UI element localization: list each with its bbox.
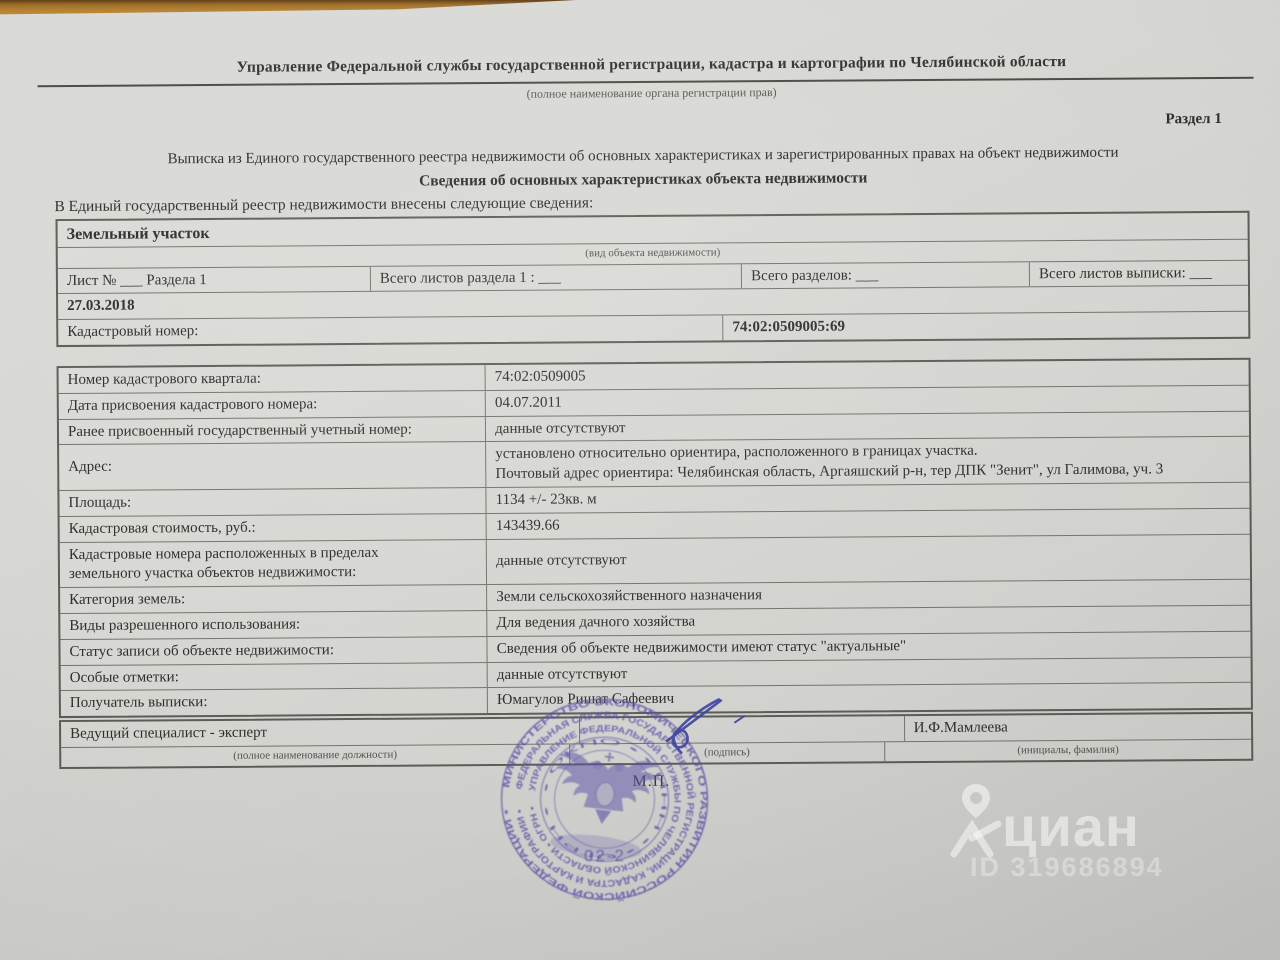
cadastral-number-label: Кадастровый номер: <box>58 316 722 345</box>
row-label: Адрес: <box>59 442 485 490</box>
sheets-in-section-cell: Всего листов раздела 1 : ___ <box>370 264 741 291</box>
row-label: Статус записи об объекте недвижимости: <box>60 637 486 665</box>
row-label: Ранее присвоенный государственный учетны… <box>59 417 485 445</box>
details-table: Номер кадастрового квартала: 74:02:05090… <box>57 358 1253 718</box>
row-label: Номер кадастрового квартала: <box>59 365 485 393</box>
row-label: Получатель выписки: <box>61 688 487 716</box>
total-sections-cell: Всего разделов: ___ <box>741 262 1029 289</box>
row-label: Дата присвоения кадастрового номера: <box>59 391 485 419</box>
section-label: Раздел 1 <box>1165 111 1221 128</box>
cadastral-number-value: 74:02:0509005:69 <box>722 312 1248 340</box>
row-label: Категория земель: <box>60 585 486 613</box>
intro-line: В Единый государственный реестр недвижим… <box>54 194 593 216</box>
row-value: данные отсутствуют <box>486 534 1250 584</box>
authority-title: Управление Федеральной службы государств… <box>53 52 1249 78</box>
specialist-name: И.Ф.Мамлеева <box>904 714 1252 741</box>
object-summary-table: Земельный участок (вид объекта недвижимо… <box>55 211 1250 347</box>
row-label: Кадастровая стоимость, руб.: <box>60 514 486 542</box>
total-sheets-cell: Всего листов выписки: ___ <box>1029 260 1248 286</box>
table-row: Адрес: установлено относительно ориентир… <box>59 436 1249 490</box>
document-sheet: Управление Федеральной службы государств… <box>0 0 1280 960</box>
sheet-number-cell: Лист № ___ Раздела 1 <box>58 267 370 294</box>
handwritten-signature <box>655 691 775 758</box>
row-label: Кадастровые номера расположенных в преде… <box>60 540 486 588</box>
table-row: Кадастровые номера расположенных в преде… <box>60 533 1250 587</box>
row-label: Площадь: <box>59 488 485 516</box>
stamp-code: 02-2 <box>584 846 626 865</box>
row-label: Виды разрешенного использования: <box>60 611 486 639</box>
row-label: Особые отметки: <box>61 663 487 691</box>
doc-title-line2: Сведения об основных характеристиках объ… <box>28 167 1258 194</box>
name-caption: (инициалы, фамилия) <box>884 740 1252 762</box>
row-value: установлено относительно ориентира, расп… <box>485 437 1249 487</box>
doc-title-line1: Выписка из Единого государственного реес… <box>28 144 1258 170</box>
photo-background: Управление Федеральной службы государств… <box>0 0 1280 960</box>
